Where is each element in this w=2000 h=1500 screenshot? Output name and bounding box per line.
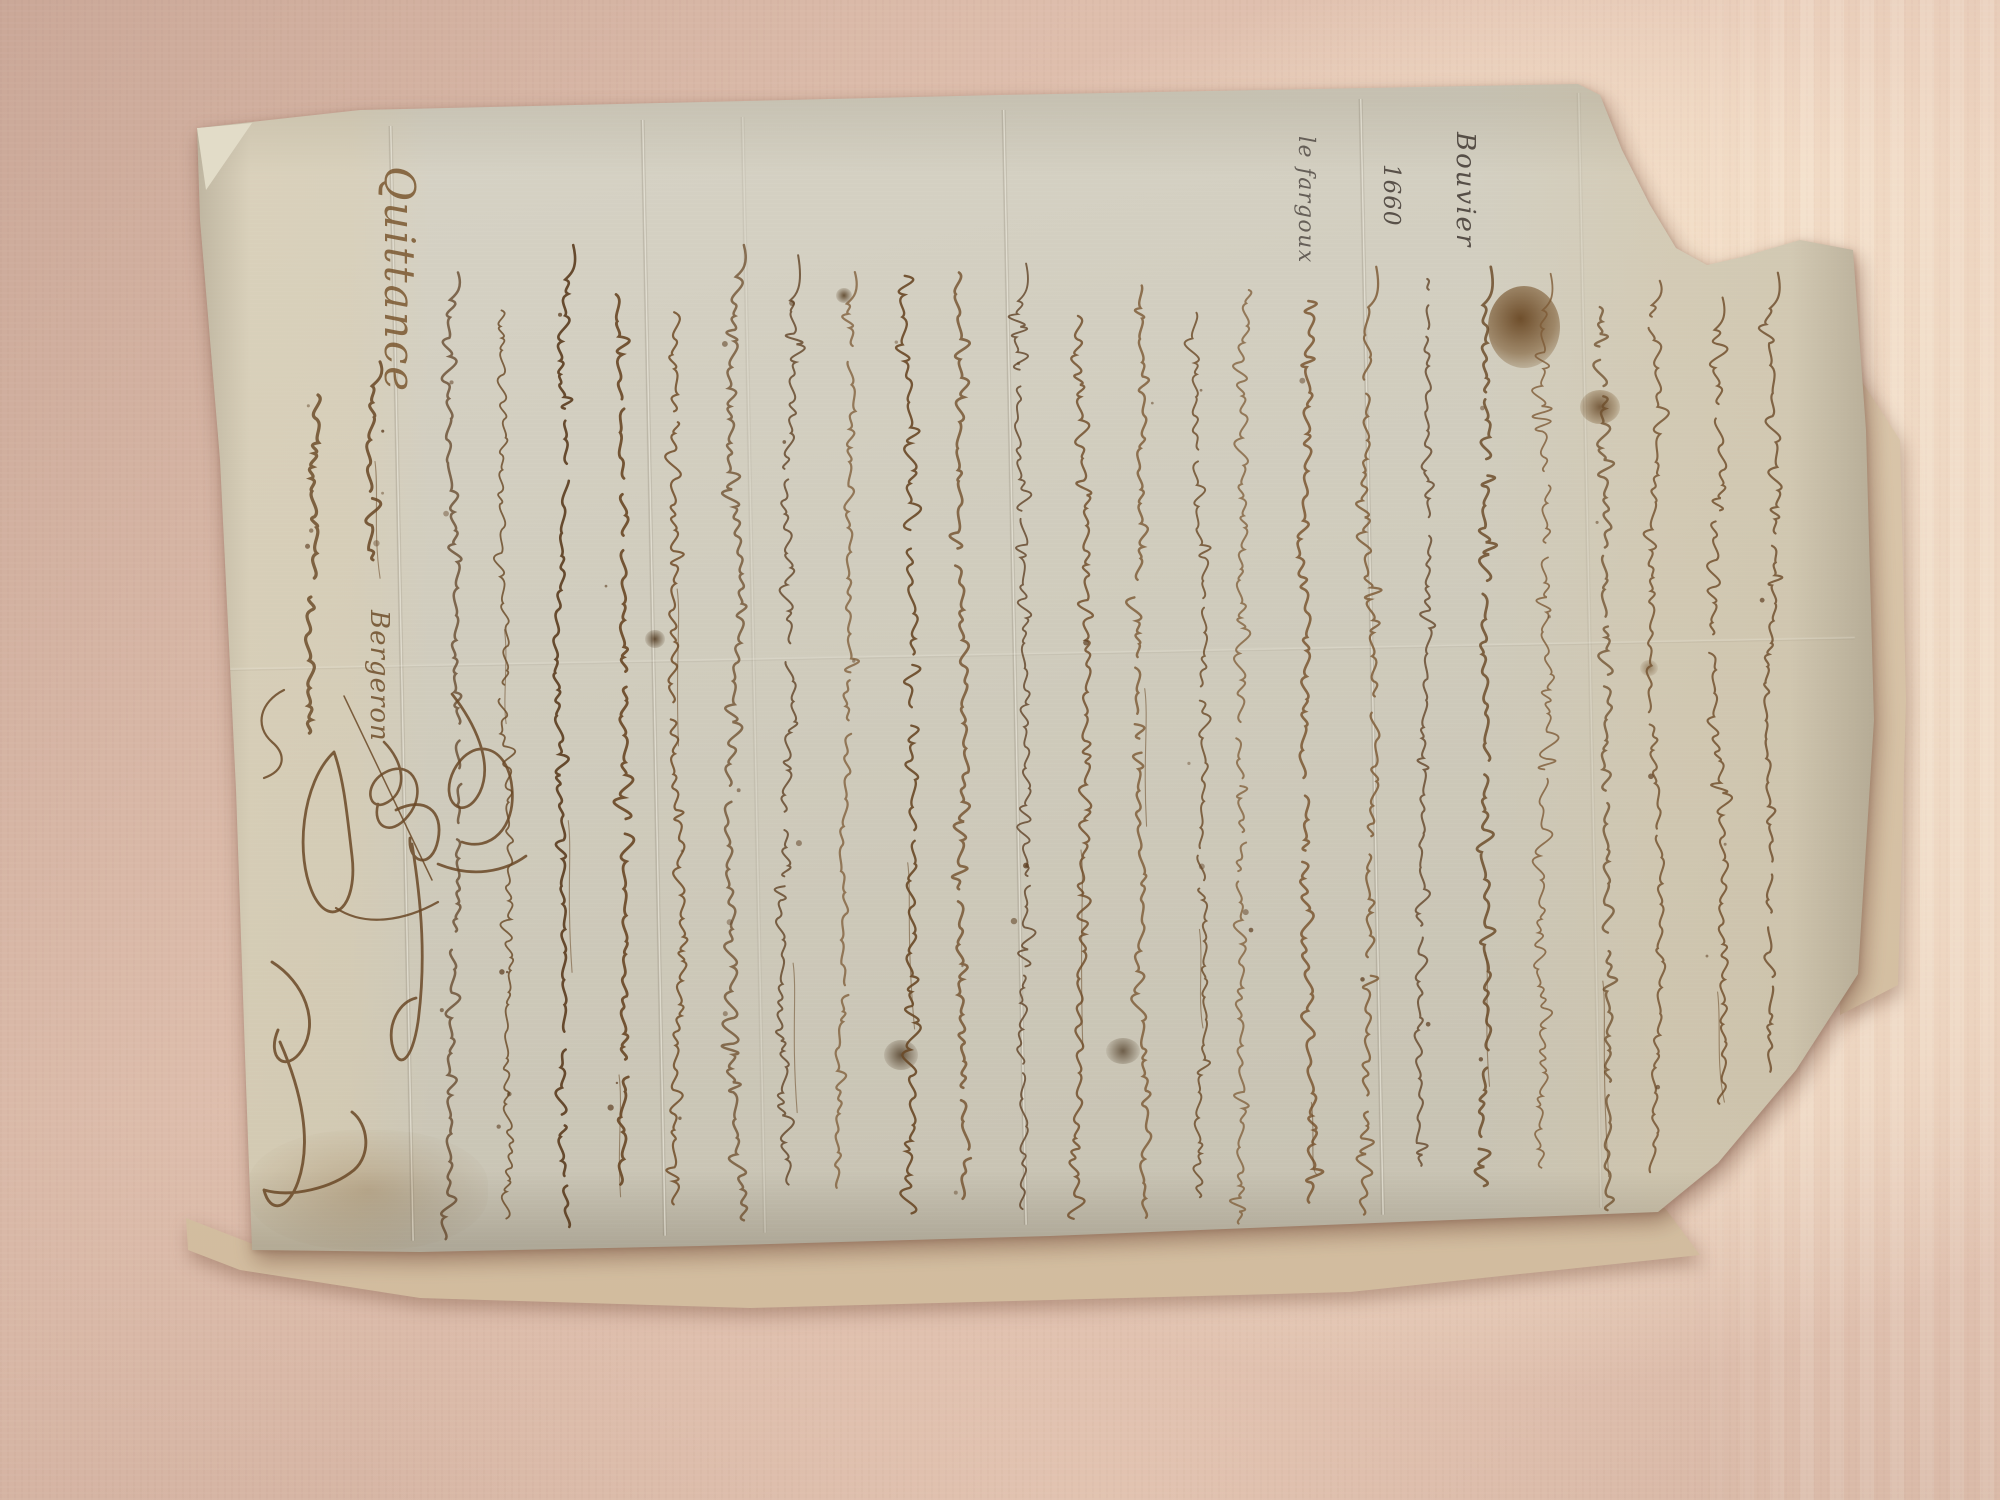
endorsement-heading: Quittance — [375, 166, 424, 393]
annotation-year: 1660 — [1378, 164, 1404, 227]
ink-stain — [884, 1040, 918, 1070]
fold-crease — [740, 117, 767, 1233]
foxing-stain — [248, 1130, 488, 1250]
ink-stain — [1488, 286, 1560, 368]
annotation-archivist-name: Bouvier — [1450, 132, 1480, 248]
dog-ear-fold — [0, 0, 2000, 1500]
fold-crease — [640, 120, 667, 1236]
fold-crease — [1001, 110, 1028, 1225]
fold-crease — [1576, 93, 1603, 1208]
fold-crease-horizontal — [205, 636, 1855, 672]
foxing-stain — [1640, 660, 1658, 676]
manuscript-page-wrap — [0, 0, 2000, 1500]
ink-stain — [1580, 390, 1620, 424]
foxing-stain — [1756, 1146, 1782, 1170]
signature-bergeron: Bergeron — [364, 610, 394, 742]
ink-stain — [836, 288, 852, 303]
photo-of-manuscript: { "scene": { "description": "Photograph … — [0, 0, 2000, 1500]
annotation-place-note: le fargoux — [1293, 136, 1318, 264]
manuscript-page — [0, 0, 2000, 1500]
fold-crease — [1358, 99, 1385, 1215]
ink-stain — [645, 630, 665, 648]
ink-stain — [1106, 1038, 1140, 1064]
